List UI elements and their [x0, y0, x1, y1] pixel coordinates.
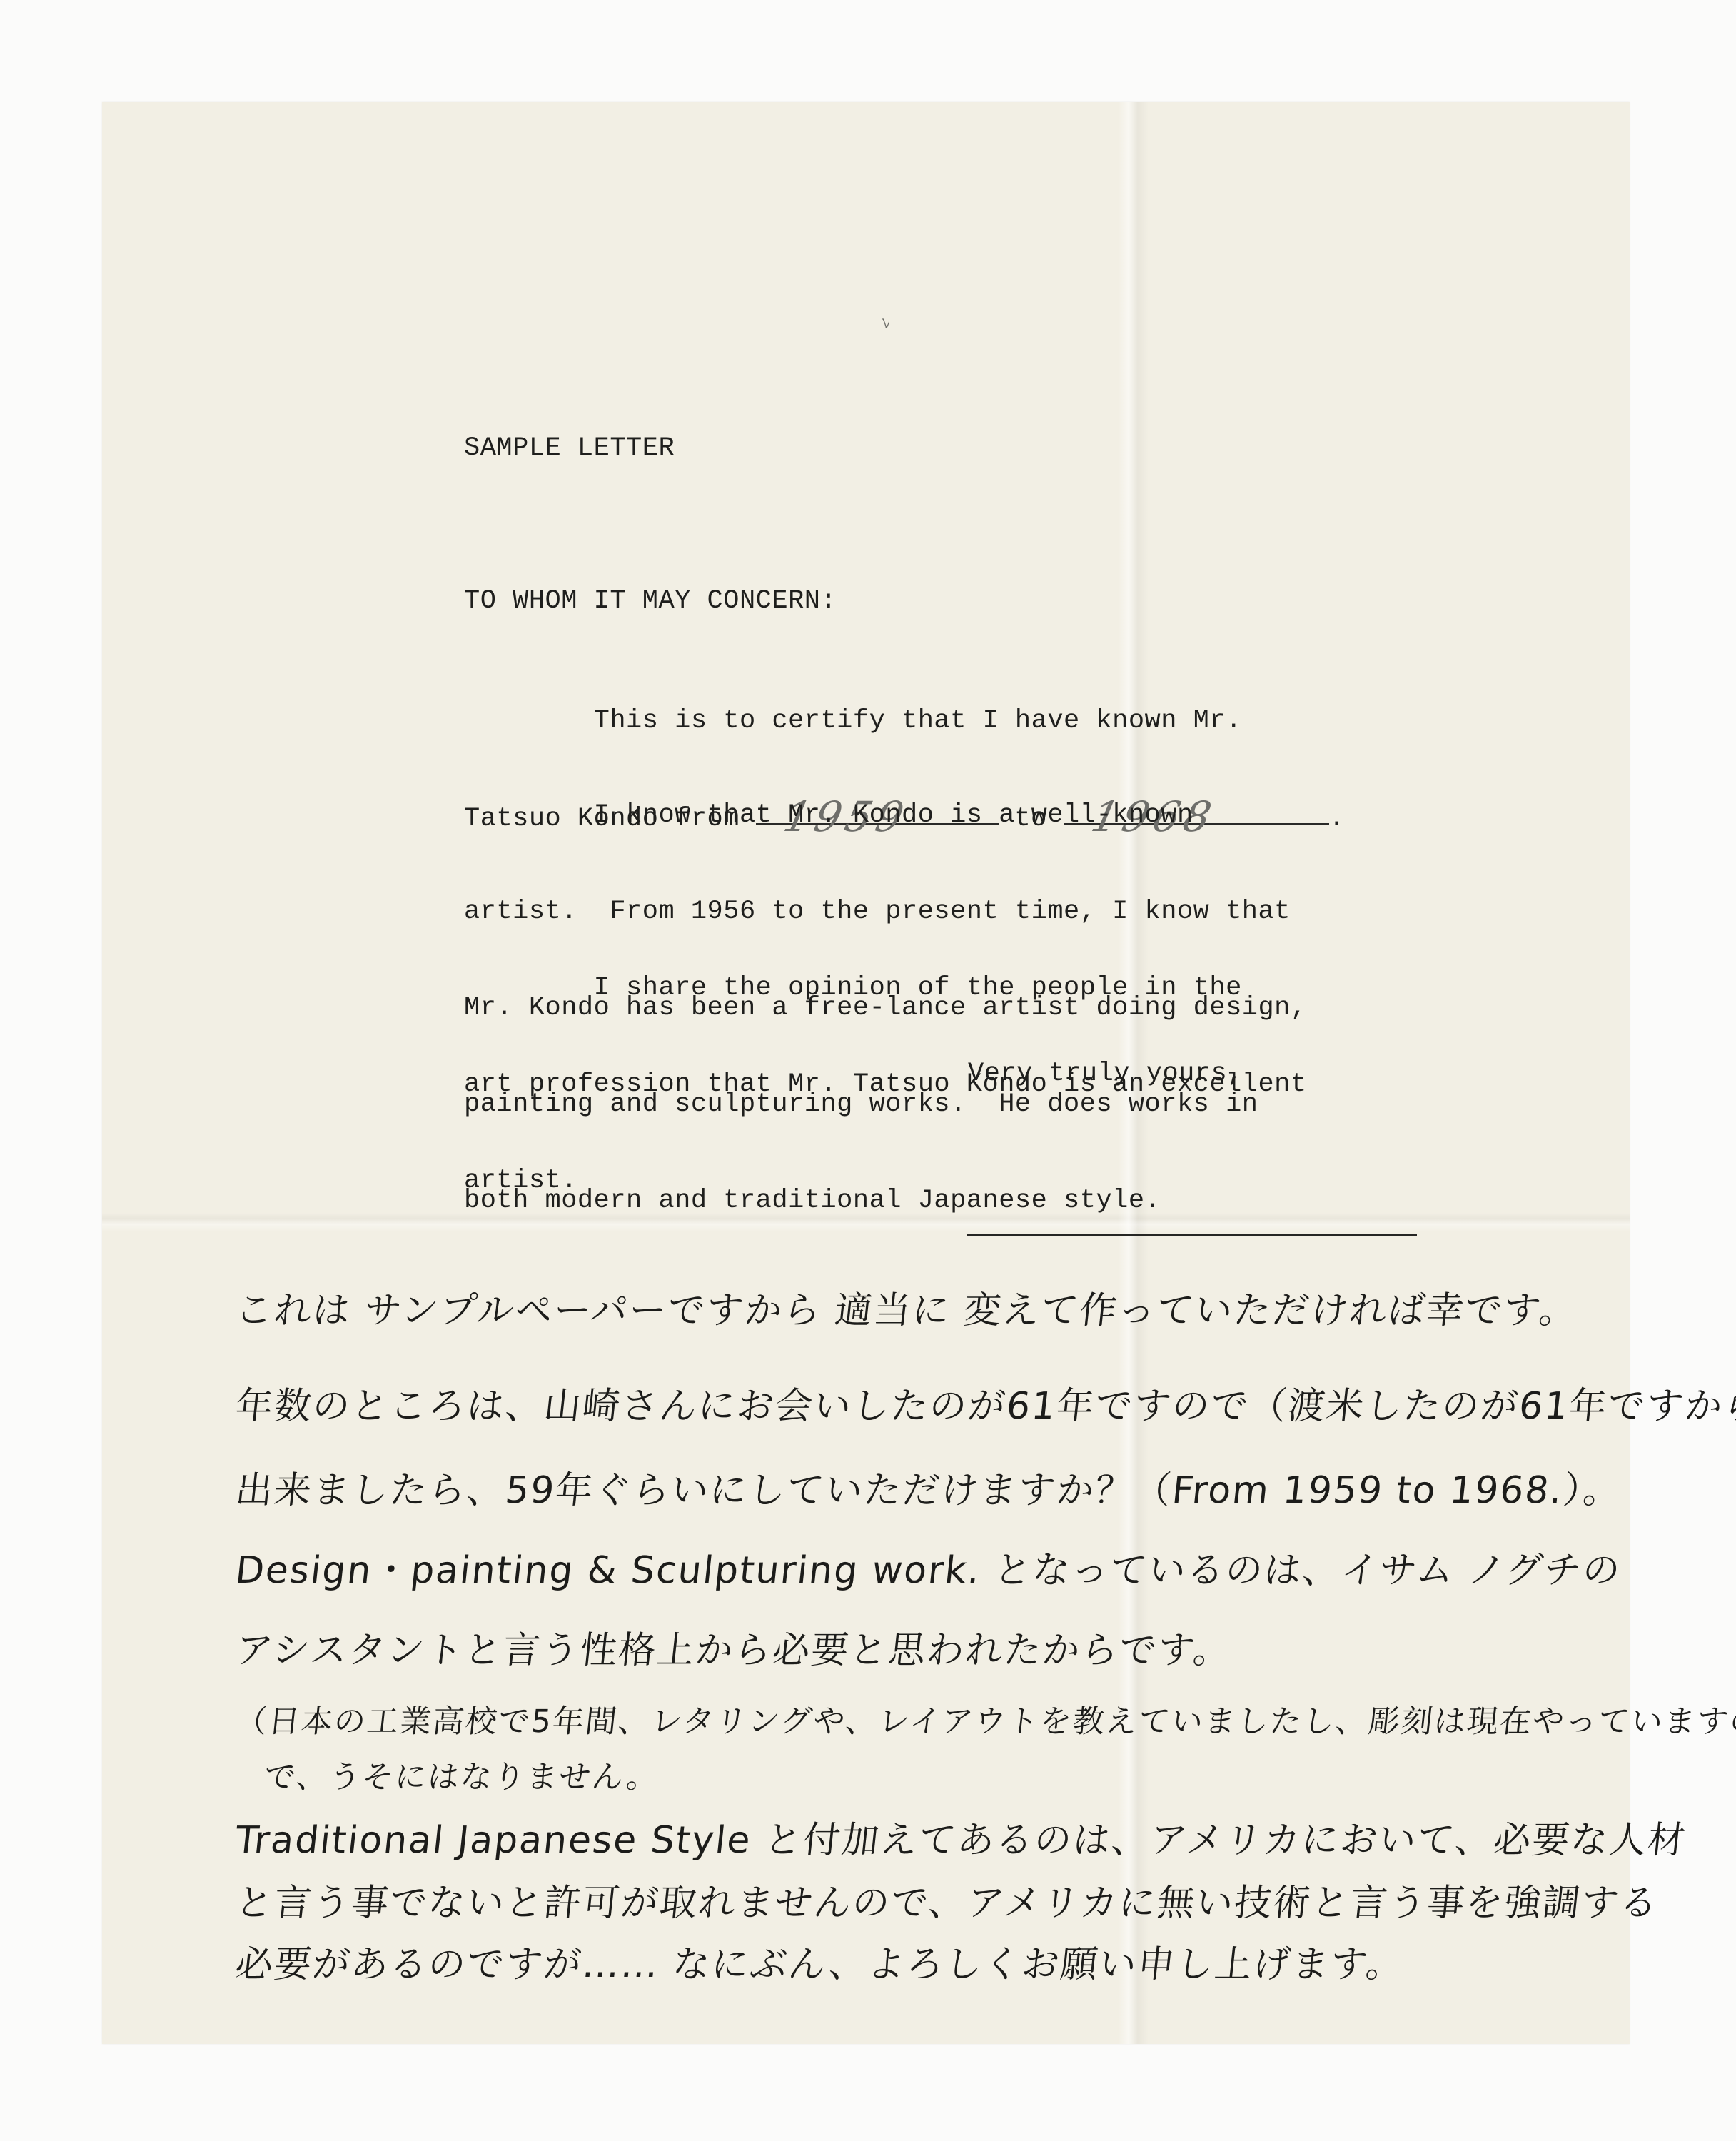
handwritten-line: Traditional Japanese Style と付加えてあるのは、アメリ…: [233, 1819, 1689, 1862]
paragraph-line: artist.: [464, 1165, 1307, 1197]
handwritten-line: （日本の工業高校で5年間、レタリングや、レイアウトを教えていましたし、彫刻は現在…: [233, 1701, 1736, 1743]
handwritten-line: で、うそにはなりません。: [262, 1756, 662, 1799]
handwritten-line: Design・painting & Sculpturing work. となって…: [233, 1549, 1623, 1592]
handwritten-line: アシスタントと言う性格上から必要と思われたからです。: [233, 1629, 1234, 1672]
paragraph-line: I share the opinion of the people in the: [464, 972, 1307, 1004]
handwritten-line: 必要があるのですが…… なにぶん、よろしくお願い申し上げます。: [233, 1943, 1407, 1986]
handwritten-line: 出来ましたら、59年ぐらいにしていただけますか？（From 1959 to 19…: [233, 1469, 1624, 1512]
letter-salutation: TO WHOM IT MAY CONCERN:: [464, 585, 837, 618]
letter-heading: SAMPLE LETTER: [464, 433, 675, 465]
signature-line: [967, 1234, 1417, 1236]
handwritten-line: と言う事でないと許可が取れませんので、アメリカに無い技術と言う事を強調する: [233, 1882, 1661, 1925]
paragraph-certify-line-1: This is to certify that I have known Mr.: [464, 705, 1345, 737]
handwritten-line: これは サンプルペーパーですから 適当に 変えて作っていただければ幸です。: [233, 1289, 1580, 1332]
letter-closing: Very truly yours,: [968, 1058, 1243, 1090]
line-2-suffix: .: [1329, 804, 1346, 834]
paragraph-line: I know that Mr. Kondo is a well-known: [464, 800, 1307, 832]
handwritten-line: 年数のところは、山崎さんにお会いしたのが61年ですので（渡米したのが61年ですか…: [233, 1385, 1736, 1428]
